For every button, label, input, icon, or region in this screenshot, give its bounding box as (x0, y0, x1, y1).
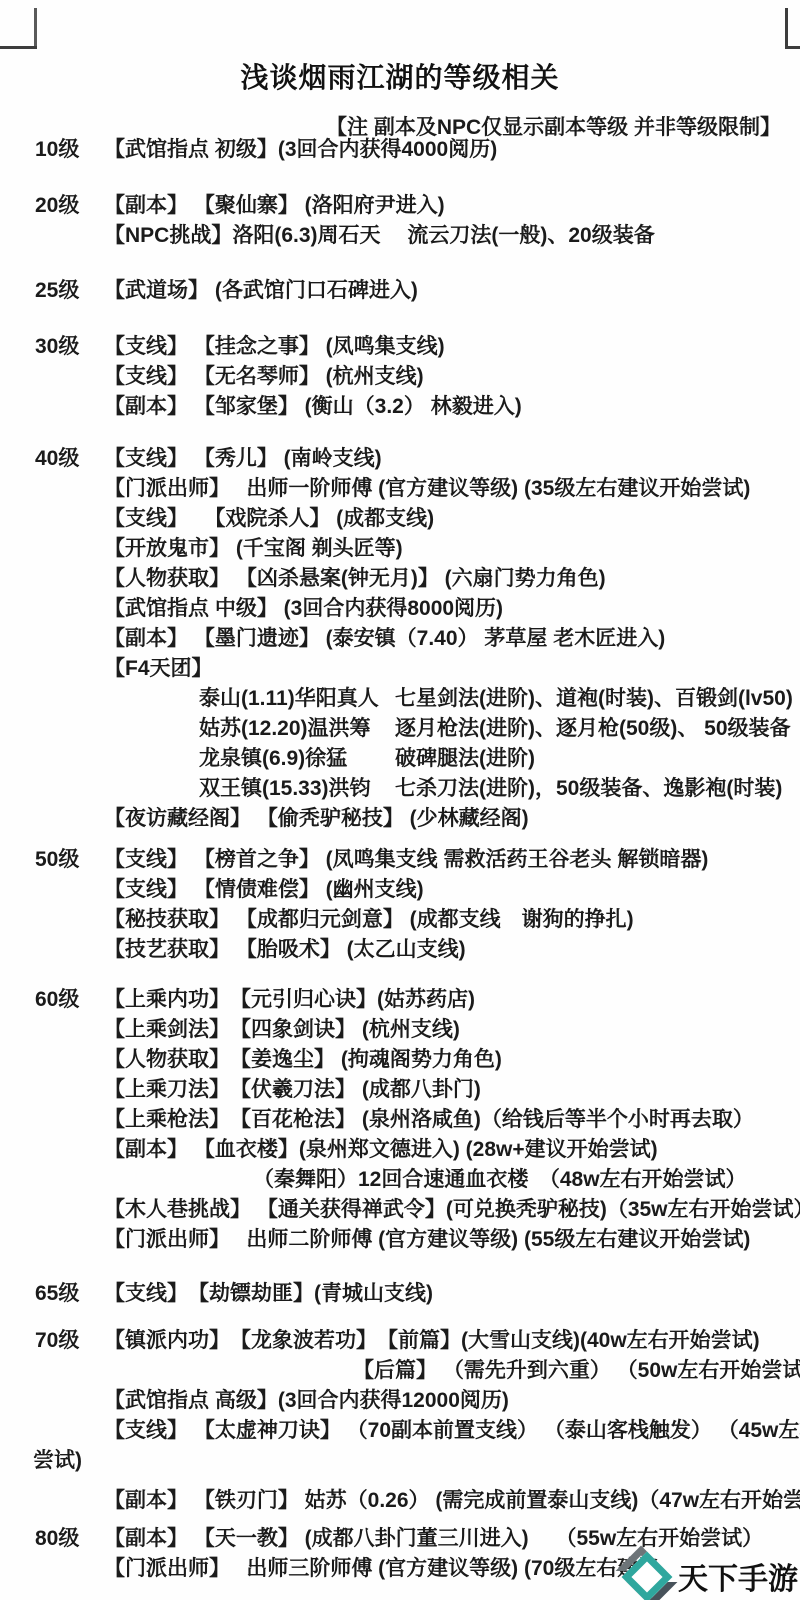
level-label: 40级 (35, 444, 79, 474)
level-label: 20级 (35, 191, 79, 221)
entry-line: 【夜访藏经阁】 【偷秃驴秘技】 (少林藏经阁) (104, 804, 800, 834)
level-group-30: 30级 【支线】 【挂念之事】 (凤鸣集支线) 【支线】 【无名琴师】 (杭州支… (0, 332, 800, 422)
level-group-70: 70级 【镇派内功】 【龙象波若功】 【前篇】(大雪山支线)(40w左右开始尝试… (0, 1326, 800, 1516)
level-group-65: 65级 【支线】 【劫镖劫匪】(青城山支线) (0, 1279, 800, 1309)
corner-mark-top-right-horizontal (785, 46, 800, 49)
entry-line: 姑苏(12.20)温洪筹 逐月枪法(进阶)、逐月枪(50级)、 50级装备 (199, 714, 800, 744)
entry-line: 【支线】 【太虚神刀诀】 （70副本前置支线） （泰山客栈触发） （45w左右开… (104, 1416, 800, 1446)
entry-line: 【副本】 【聚仙寨】 (洛阳府尹进入) (104, 191, 800, 221)
watermark-site-name: 天下手游网 (678, 1554, 800, 1598)
corner-mark-top-left-vertical (34, 8, 37, 48)
entry-line: 【上乘剑法】 【四象剑诀】 (杭州支线) (104, 1015, 800, 1045)
entry-line: 【技艺获取】 【胎吸术】 (太乙山支线) (104, 935, 800, 965)
level-label: 80级 (35, 1524, 79, 1554)
entry-line: 双王镇(15.33)洪钧 七杀刀法(进阶)，50级装备、逸影袍(时装) (199, 774, 800, 804)
level-label: 10级 (35, 135, 79, 165)
level-group-20: 20级 【副本】 【聚仙寨】 (洛阳府尹进入) 【NPC挑战】洛阳(6.3)周石… (0, 191, 800, 251)
level-label: 65级 (35, 1279, 79, 1309)
entry-line: 【支线】 【无名琴师】 (杭州支线) (104, 362, 800, 392)
entry-line: 【F4天团】 (104, 654, 800, 684)
entry-line: （秦舞阳）12回合速通血衣楼 （48w左右开始尝试） (253, 1165, 800, 1195)
entry-line: 【副本】 【邹家堡】 (衡山（3.2） 林毅进入) (104, 392, 800, 422)
f4-npc-name: 泰山(1.11)华阳真人 (199, 684, 395, 714)
f4-npc-rewards: 七杀刀法(进阶)，50级装备、逸影袍(时装) (395, 774, 782, 804)
entry-line: 【门派出师】 出师一阶师傅 (官方建议等级) (35级左右建议开始尝试) (104, 474, 800, 504)
entry-line: 【门派出师】 出师二阶师傅 (官方建议等级) (55级左右建议开始尝试) (104, 1225, 800, 1255)
diamond-gem-icon (620, 1550, 672, 1600)
entry-line: 【支线】 【挂念之事】 (凤鸣集支线) (104, 332, 800, 362)
entry-line: 【副本】 【墨门遗迹】 (泰安镇（7.40） 茅草屋 老木匠进入) (104, 624, 800, 654)
entry-line: 【武馆指点 高级】(3回合内获得12000阅历) (104, 1386, 800, 1416)
f4-npc-rewards: 七星剑法(进阶)、道袍(时装)、百锻剑(lv50) (395, 684, 793, 714)
f4-npc-name: 龙泉镇(6.9)徐猛 (199, 744, 395, 774)
level-group-60: 60级 【上乘内功】 【元引归心诀】(姑苏药店) 【上乘剑法】 【四象剑诀】 (… (0, 985, 800, 1255)
entry-line: 【支线】 【榜首之争】 (凤鸣集支线 需救活药王谷老头 解锁暗器) (104, 845, 800, 875)
entry-line: 【上乘枪法】 【百花枪法】 (泉州洛咸鱼)（给钱后等半个小时再去取） (104, 1105, 800, 1135)
level-label: 30级 (35, 332, 79, 362)
entry-line: 【副本】 【血衣楼】(泉州郑文德进入) (28w+建议开始尝试) (104, 1135, 800, 1165)
f4-npc-name: 双王镇(15.33)洪钧 (199, 774, 395, 804)
page-title: 浅谈烟雨江湖的等级相关 (0, 56, 800, 96)
document-page: 浅谈烟雨江湖的等级相关 【注 副本及NPC仅显示副本等级 并非等级限制】 10级… (0, 0, 800, 1600)
entry-line: 【副本】 【铁刃门】 姑苏（0.26） (需完成前置泰山支线)（47w左右开始尝… (104, 1486, 800, 1516)
corner-mark-top-left-horizontal (0, 46, 37, 49)
entry-line: 【人物获取】 【姜逸尘】 (拘魂阁势力角色) (104, 1045, 800, 1075)
entry-line: 尝试) (33, 1446, 800, 1476)
entry-line: 【支线】 【劫镖劫匪】(青城山支线) (104, 1279, 800, 1309)
entry-line: 【支线】 【秀儿】 (南岭支线) (104, 444, 800, 474)
entry-line: 【开放鬼市】 (千宝阁 剃头匠等) (104, 534, 800, 564)
level-label: 25级 (35, 276, 79, 306)
entry-line: 【支线】 【戏院杀人】 (成都支线) (104, 504, 800, 534)
f4-npc-rewards: 逐月枪法(进阶)、逐月枪(50级)、 50级装备 (395, 714, 791, 744)
f4-npc-rewards: 破碑腿法(进阶) (395, 744, 535, 774)
entry-line: 【后篇】 （需先升到六重） （50w左右开始尝试） (353, 1356, 800, 1386)
entry-line: 【武馆指点 初级】(3回合内获得4000阅历) (104, 135, 800, 165)
level-group-40: 40级 【支线】 【秀儿】 (南岭支线) 【门派出师】 出师一阶师傅 (官方建议… (0, 444, 800, 834)
watermark: 天下手游网 (620, 1550, 800, 1600)
entry-line: 【上乘内功】 【元引归心诀】(姑苏药店) (104, 985, 800, 1015)
level-label: 50级 (35, 845, 79, 875)
entry-line: 龙泉镇(6.9)徐猛 破碑腿法(进阶) (199, 744, 800, 774)
entry-line: 【NPC挑战】洛阳(6.3)周石天 流云刀法(一般)、20级装备 (104, 221, 800, 251)
entry-line: 【武道场】 (各武馆门口石碑进入) (104, 276, 800, 306)
entry-line: 【木人巷挑战】 【通关获得禅武令】(可兑换秃驴秘技)（35w左右开始尝试） (104, 1195, 800, 1225)
entry-line: 【上乘刀法】 【伏羲刀法】 (成都八卦门) (104, 1075, 800, 1105)
f4-npc-name: 姑苏(12.20)温洪筹 (199, 714, 395, 744)
level-label: 60级 (35, 985, 79, 1015)
entry-line: 泰山(1.11)华阳真人 七星剑法(进阶)、道袍(时装)、百锻剑(lv50) (199, 684, 800, 714)
level-group-50: 50级 【支线】 【榜首之争】 (凤鸣集支线 需救活药王谷老头 解锁暗器) 【支… (0, 845, 800, 965)
entry-line: 【秘技获取】 【成都归元剑意】 (成都支线 谢狗的挣扎) (104, 905, 800, 935)
entry-line: 【武馆指点 中级】 (3回合内获得8000阅历) (104, 594, 800, 624)
level-label: 70级 (35, 1326, 79, 1356)
corner-mark-top-right-vertical (785, 8, 788, 48)
entry-line: 【人物获取】 【凶杀悬案(钟无月)】 (六扇门势力角色) (104, 564, 800, 594)
entry-line: 【支线】 【情债难偿】 (幽州支线) (104, 875, 800, 905)
level-group-10: 10级 【武馆指点 初级】(3回合内获得4000阅历) (0, 135, 800, 165)
entry-line: 【镇派内功】 【龙象波若功】 【前篇】(大雪山支线)(40w左右开始尝试) (104, 1326, 800, 1356)
level-group-25: 25级 【武道场】 (各武馆门口石碑进入) (0, 276, 800, 306)
